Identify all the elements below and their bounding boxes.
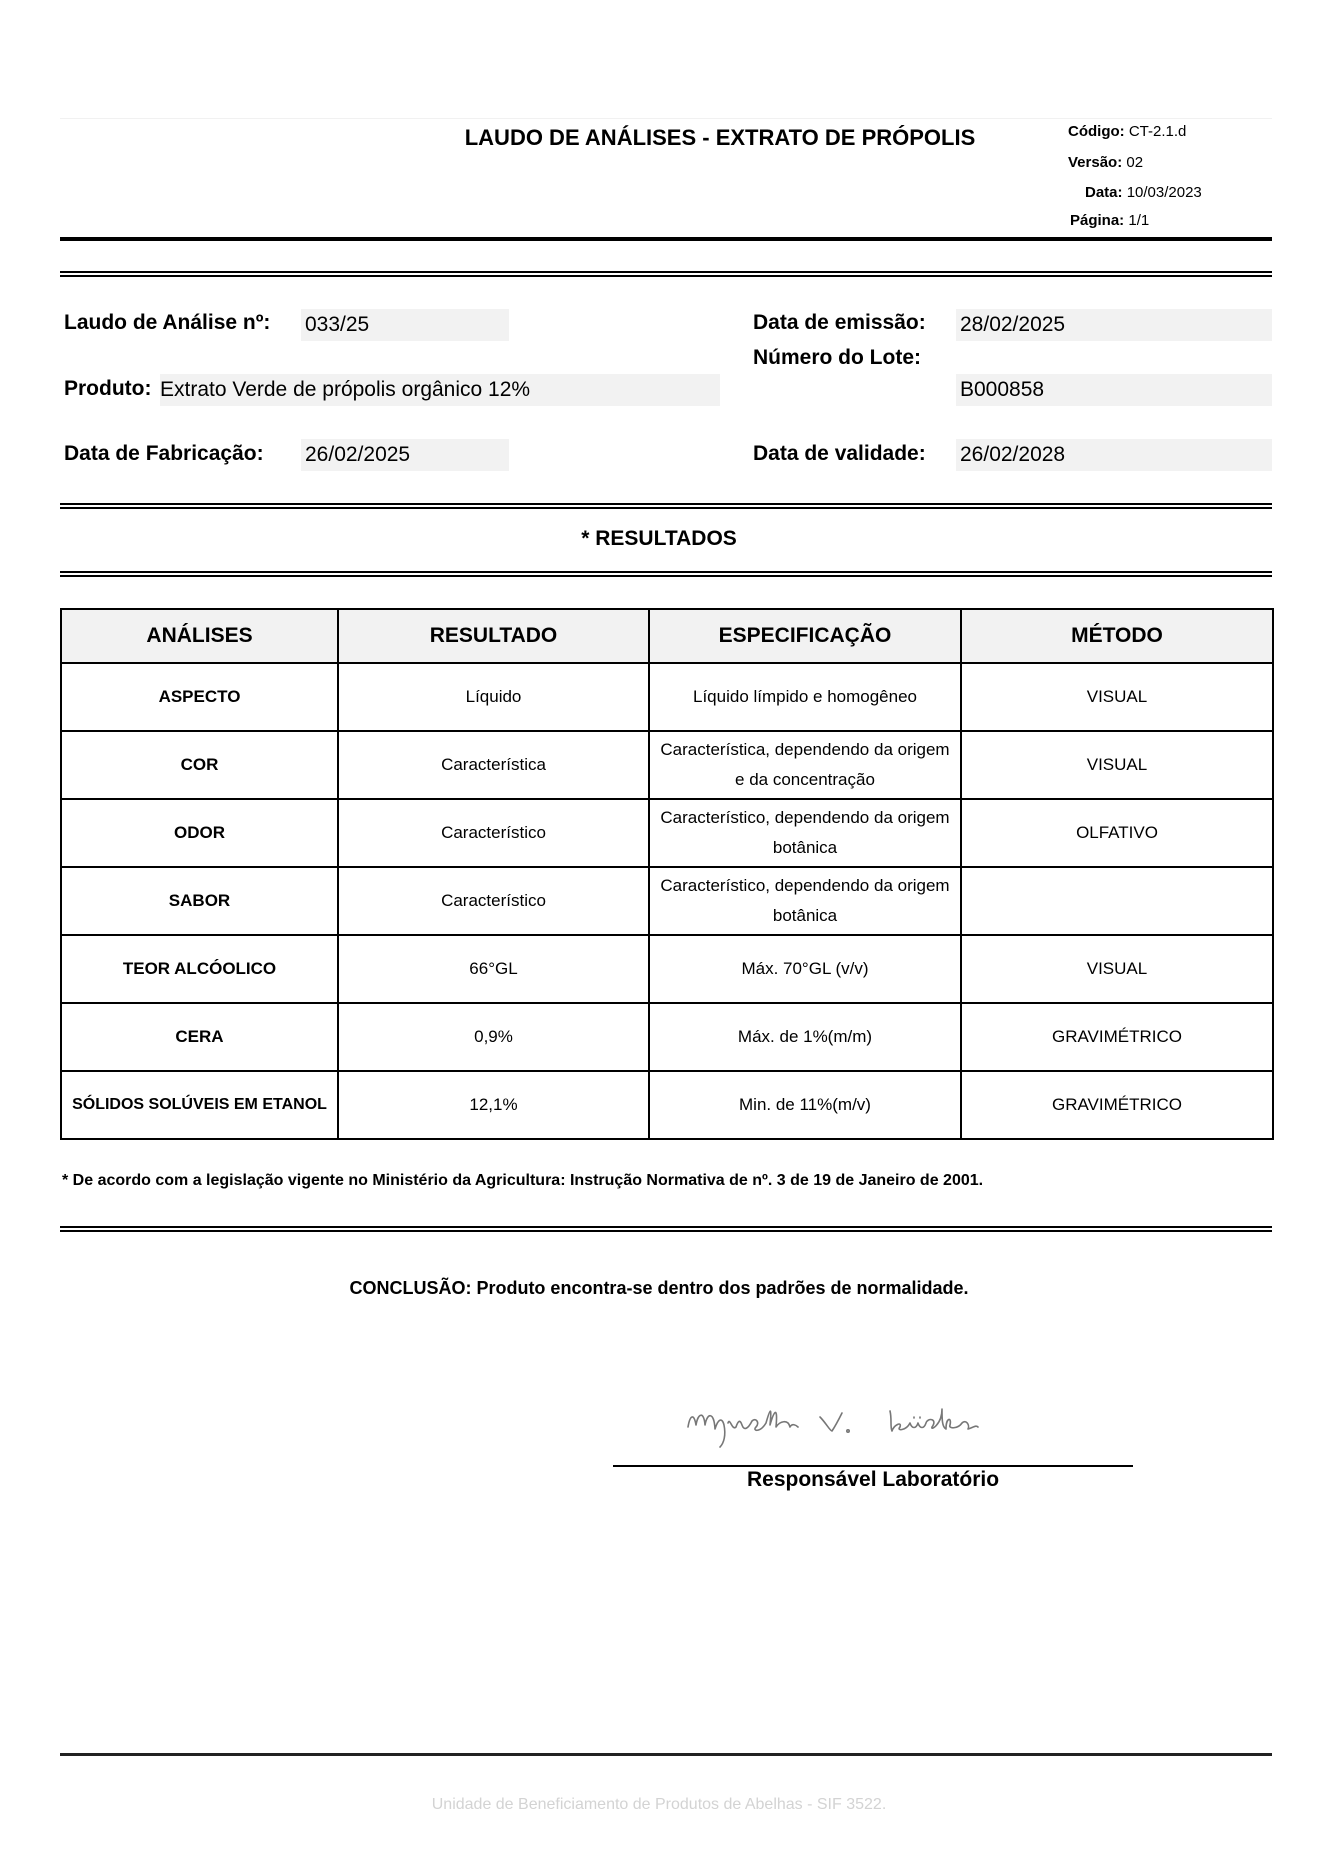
lote-field: B000858 — [956, 374, 1272, 406]
cell-especificacao: Máx. de 1%(m/m) — [649, 1003, 961, 1071]
results-top-rule — [60, 503, 1272, 509]
fabricacao-label: Data de Fabricação: — [64, 442, 264, 466]
column-header-metodo: MÉTODO — [961, 609, 1273, 663]
signature-image — [680, 1395, 1080, 1460]
cell-resultado: 66°GL — [338, 935, 649, 1003]
table-row: SÓLIDOS SOLÚVEIS EM ETANOL 12,1% Min. de… — [61, 1071, 1273, 1139]
produto-field: Extrato Verde de própolis orgânico 12% — [160, 374, 720, 406]
cell-analise: ODOR — [61, 799, 338, 867]
produto-label: Produto: — [64, 377, 151, 401]
table-row: ASPECTO Líquido Líquido límpido e homogê… — [61, 663, 1273, 731]
results-section-title: * RESULTADOS — [0, 527, 1318, 551]
cell-resultado: Característico — [338, 799, 649, 867]
meta-pagina: Página: 1/1 — [1070, 212, 1149, 229]
cell-metodo: VISUAL — [961, 731, 1273, 799]
header-divider — [60, 237, 1272, 241]
cell-especificacao: Característico, dependendo da origem bot… — [649, 867, 961, 935]
meta-pagina-value: 1/1 — [1128, 212, 1149, 229]
meta-codigo: Código: CT-2.1.d — [1068, 123, 1186, 140]
cell-analise: COR — [61, 731, 338, 799]
cell-resultado: 0,9% — [338, 1003, 649, 1071]
column-header-analises: ANÁLISES — [61, 609, 338, 663]
table-row: ODOR Característico Característico, depe… — [61, 799, 1273, 867]
validade-field: 26/02/2028 — [956, 439, 1272, 471]
cell-metodo: VISUAL — [961, 935, 1273, 1003]
meta-pagina-label: Página: — [1070, 212, 1124, 229]
table-header-row: ANÁLISES RESULTADO ESPECIFICAÇÃO MÉTODO — [61, 609, 1273, 663]
conclusion-rule — [60, 1226, 1272, 1232]
meta-data-label: Data: — [1085, 184, 1123, 201]
cell-metodo — [961, 867, 1273, 935]
cell-especificacao: Característica, dependendo da origem e d… — [649, 731, 961, 799]
info-top-rule — [60, 271, 1272, 277]
footer-text: Unidade de Beneficiamento de Produtos de… — [0, 1796, 1318, 1814]
cell-especificacao: Líquido límpido e homogêneo — [649, 663, 961, 731]
footer-rule — [60, 1753, 1272, 1756]
emissao-field: 28/02/2025 — [956, 309, 1272, 341]
column-header-especificacao: ESPECIFICAÇÃO — [649, 609, 961, 663]
laudo-label: Laudo de Análise nº: — [64, 311, 270, 335]
emissao-label: Data de emissão: — [753, 311, 926, 335]
table-row: COR Característica Característica, depen… — [61, 731, 1273, 799]
meta-data: Data: 10/03/2023 — [1085, 184, 1202, 201]
cell-resultado: 12,1% — [338, 1071, 649, 1139]
legislation-footnote: * De acordo com a legislação vigente no … — [62, 1172, 983, 1190]
cell-metodo: GRAVIMÉTRICO — [961, 1003, 1273, 1071]
cell-especificacao: Min. de 11%(m/v) — [649, 1071, 961, 1139]
cell-metodo: VISUAL — [961, 663, 1273, 731]
signature-label: Responsável Laboratório — [613, 1468, 1133, 1492]
cell-metodo: GRAVIMÉTRICO — [961, 1071, 1273, 1139]
cell-resultado: Característica — [338, 731, 649, 799]
cell-analise: CERA — [61, 1003, 338, 1071]
cell-analise: SABOR — [61, 867, 338, 935]
column-header-resultado: RESULTADO — [338, 609, 649, 663]
cell-analise: ASPECTO — [61, 663, 338, 731]
results-bottom-rule — [60, 571, 1272, 577]
lote-label: Número do Lote: — [753, 346, 921, 370]
header-top-rule — [60, 118, 1272, 119]
results-table: ANÁLISES RESULTADO ESPECIFICAÇÃO MÉTODO … — [60, 608, 1274, 1140]
meta-versao-label: Versão: — [1068, 154, 1122, 171]
cell-especificacao: Característico, dependendo da origem bot… — [649, 799, 961, 867]
signature-line — [613, 1465, 1133, 1467]
cell-analise: SÓLIDOS SOLÚVEIS EM ETANOL — [61, 1071, 338, 1139]
cell-analise: TEOR ALCÓOLICO — [61, 935, 338, 1003]
table-row: SABOR Característico Característico, dep… — [61, 867, 1273, 935]
meta-versao-value: 02 — [1126, 154, 1143, 171]
cell-resultado: Característico — [338, 867, 649, 935]
validade-label: Data de validade: — [753, 442, 926, 466]
meta-codigo-value: CT-2.1.d — [1129, 123, 1187, 140]
meta-data-value: 10/03/2023 — [1127, 184, 1202, 201]
fabricacao-field: 26/02/2025 — [301, 439, 509, 471]
cell-especificacao: Máx. 70°GL (v/v) — [649, 935, 961, 1003]
cell-resultado: Líquido — [338, 663, 649, 731]
meta-versao: Versão: 02 — [1068, 154, 1143, 171]
document-title: LAUDO DE ANÁLISES - EXTRATO DE PRÓPOLIS — [440, 125, 1000, 151]
table-row: CERA 0,9% Máx. de 1%(m/m) GRAVIMÉTRICO — [61, 1003, 1273, 1071]
laudo-field: 033/25 — [301, 309, 509, 341]
table-row: TEOR ALCÓOLICO 66°GL Máx. 70°GL (v/v) VI… — [61, 935, 1273, 1003]
cell-metodo: OLFATIVO — [961, 799, 1273, 867]
meta-codigo-label: Código: — [1068, 123, 1125, 140]
conclusion-text: CONCLUSÃO: Produto encontra-se dentro do… — [0, 1278, 1318, 1299]
